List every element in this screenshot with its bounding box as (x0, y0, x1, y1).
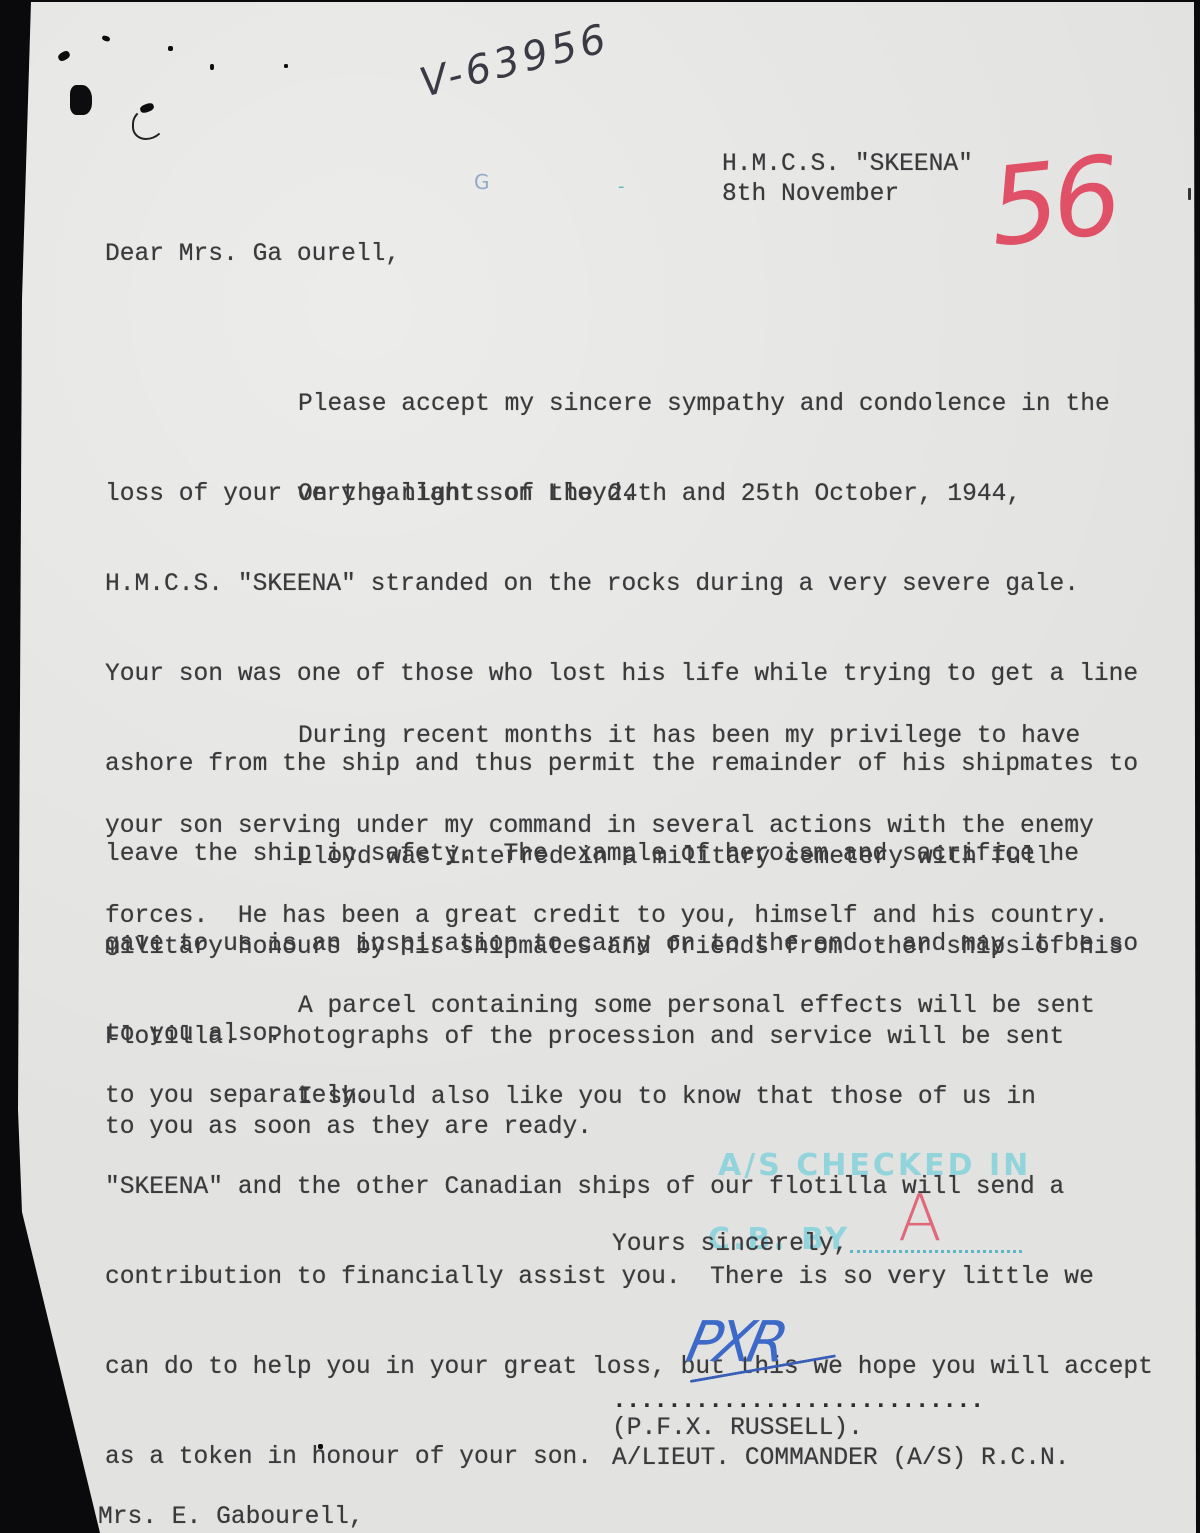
text-line: A parcel containing some personal effect… (105, 992, 1185, 1022)
signatory-rank: A/LIEUT. COMMANDER (A/S) R.C.N. (612, 1444, 1070, 1474)
letter-paper: V-63956 G - 56 H.M.C.S. "SKEENA" 8th Nov… (0, 0, 1200, 1533)
text-line: contribution to financially assist you. … (105, 1263, 1185, 1293)
text-line: On the nights of the 24th and 25th Octob… (105, 480, 1185, 510)
folio-number: 56 (984, 134, 1122, 271)
dust-speck (210, 64, 214, 70)
closing: Yours sincerely, (612, 1230, 848, 1260)
archive-number: V-63956 (415, 15, 614, 106)
text-line: H.M.C.S. "SKEENA" stranded on the rocks … (105, 570, 1185, 600)
dust-speck (284, 64, 288, 68)
blue-pencil-mark: - (618, 176, 625, 197)
signature-dotted-line: ........................... (612, 1388, 983, 1415)
text-line: I should also like you to know that thos… (105, 1083, 1185, 1113)
text-line: Please accept my sincere sympathy and co… (105, 390, 1185, 420)
text-line: Lloyd was interred in a military cemeter… (105, 843, 1185, 873)
letter-date: 8th November (722, 180, 899, 210)
edge-mark (1188, 188, 1191, 200)
punch-hole-mark (57, 50, 71, 63)
blue-pencil-mark: G (474, 170, 490, 194)
signatory-name: (P.F.X. RUSSELL). (612, 1414, 863, 1444)
text-line: can do to help you in your great loss, b… (105, 1353, 1185, 1383)
recipient-address: Mrs. E. Gabourell, (98, 1503, 364, 1533)
dust-speck (101, 35, 110, 42)
checked-in-stamp: A/S CHECKED IN (718, 1148, 1031, 1183)
text-line: During recent months it has been my priv… (105, 722, 1185, 752)
salutation: Dear Mrs. Ga ourell, (105, 240, 400, 270)
checker-initial: A (898, 1182, 942, 1256)
punch-hole-mark (70, 85, 92, 115)
dust-speck (168, 46, 173, 51)
ship-name: H.M.C.S. "SKEENA" (722, 150, 973, 180)
torn-fragment-outline (132, 108, 166, 140)
